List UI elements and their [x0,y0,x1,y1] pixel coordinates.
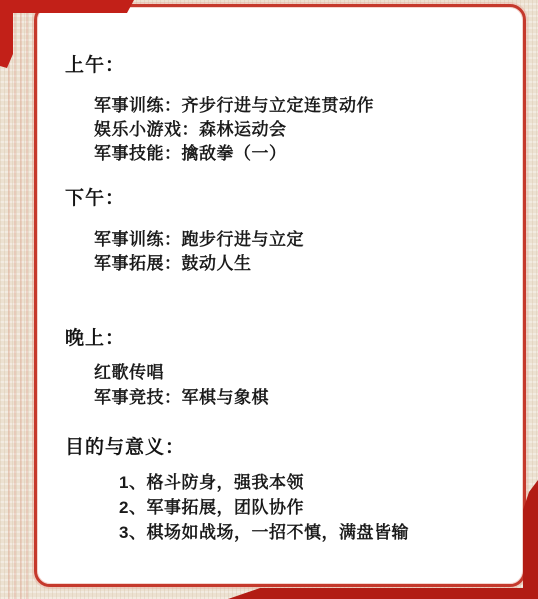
schedule-line: 1、格斗防身，强我本领 [119,470,409,495]
section-items-morning: 军事训练：齐步行进与立定连贯动作 娱乐小游戏：森林运动会 军事技能：擒敌拳（一） [94,94,374,166]
ribbon-bottom-right-horizontal [228,588,538,599]
schedule-line: 军事训练：齐步行进与立定连贯动作 [94,94,374,118]
schedule-line: 3、棋场如战场，一招不慎，满盘皆输 [119,520,409,545]
section-title-evening: 晚上： [65,323,125,350]
section-items-evening: 红歌传唱 军事竞技：军棋与象棋 [94,360,269,410]
schedule-line: 军事拓展：鼓动人生 [94,252,304,276]
schedule-line: 娱乐小游戏：森林运动会 [94,118,374,142]
schedule-line: 军事技能：擒敌拳（一） [94,142,374,166]
section-title-morning: 上午： [65,50,125,77]
schedule-line: 红歌传唱 [94,360,269,385]
section-title-purpose: 目的与意义： [65,432,185,459]
paper-texture-streaks [8,0,30,599]
section-items-afternoon: 军事训练：跑步行进与立定 军事拓展：鼓动人生 [94,228,304,276]
schedule-line: 军事竞技：军棋与象棋 [94,385,269,410]
section-items-purpose: 1、格斗防身，强我本领 2、军事拓展，团队协作 3、棋场如战场，一招不慎，满盘皆… [119,470,409,545]
ribbon-top-left-vertical [0,0,13,68]
page-background: 上午： 军事训练：齐步行进与立定连贯动作 娱乐小游戏：森林运动会 军事技能：擒敌… [0,0,538,599]
schedule-line: 2、军事拓展，团队协作 [119,495,409,520]
section-title-afternoon: 下午： [65,183,125,210]
schedule-line: 军事训练：跑步行进与立定 [94,228,304,252]
